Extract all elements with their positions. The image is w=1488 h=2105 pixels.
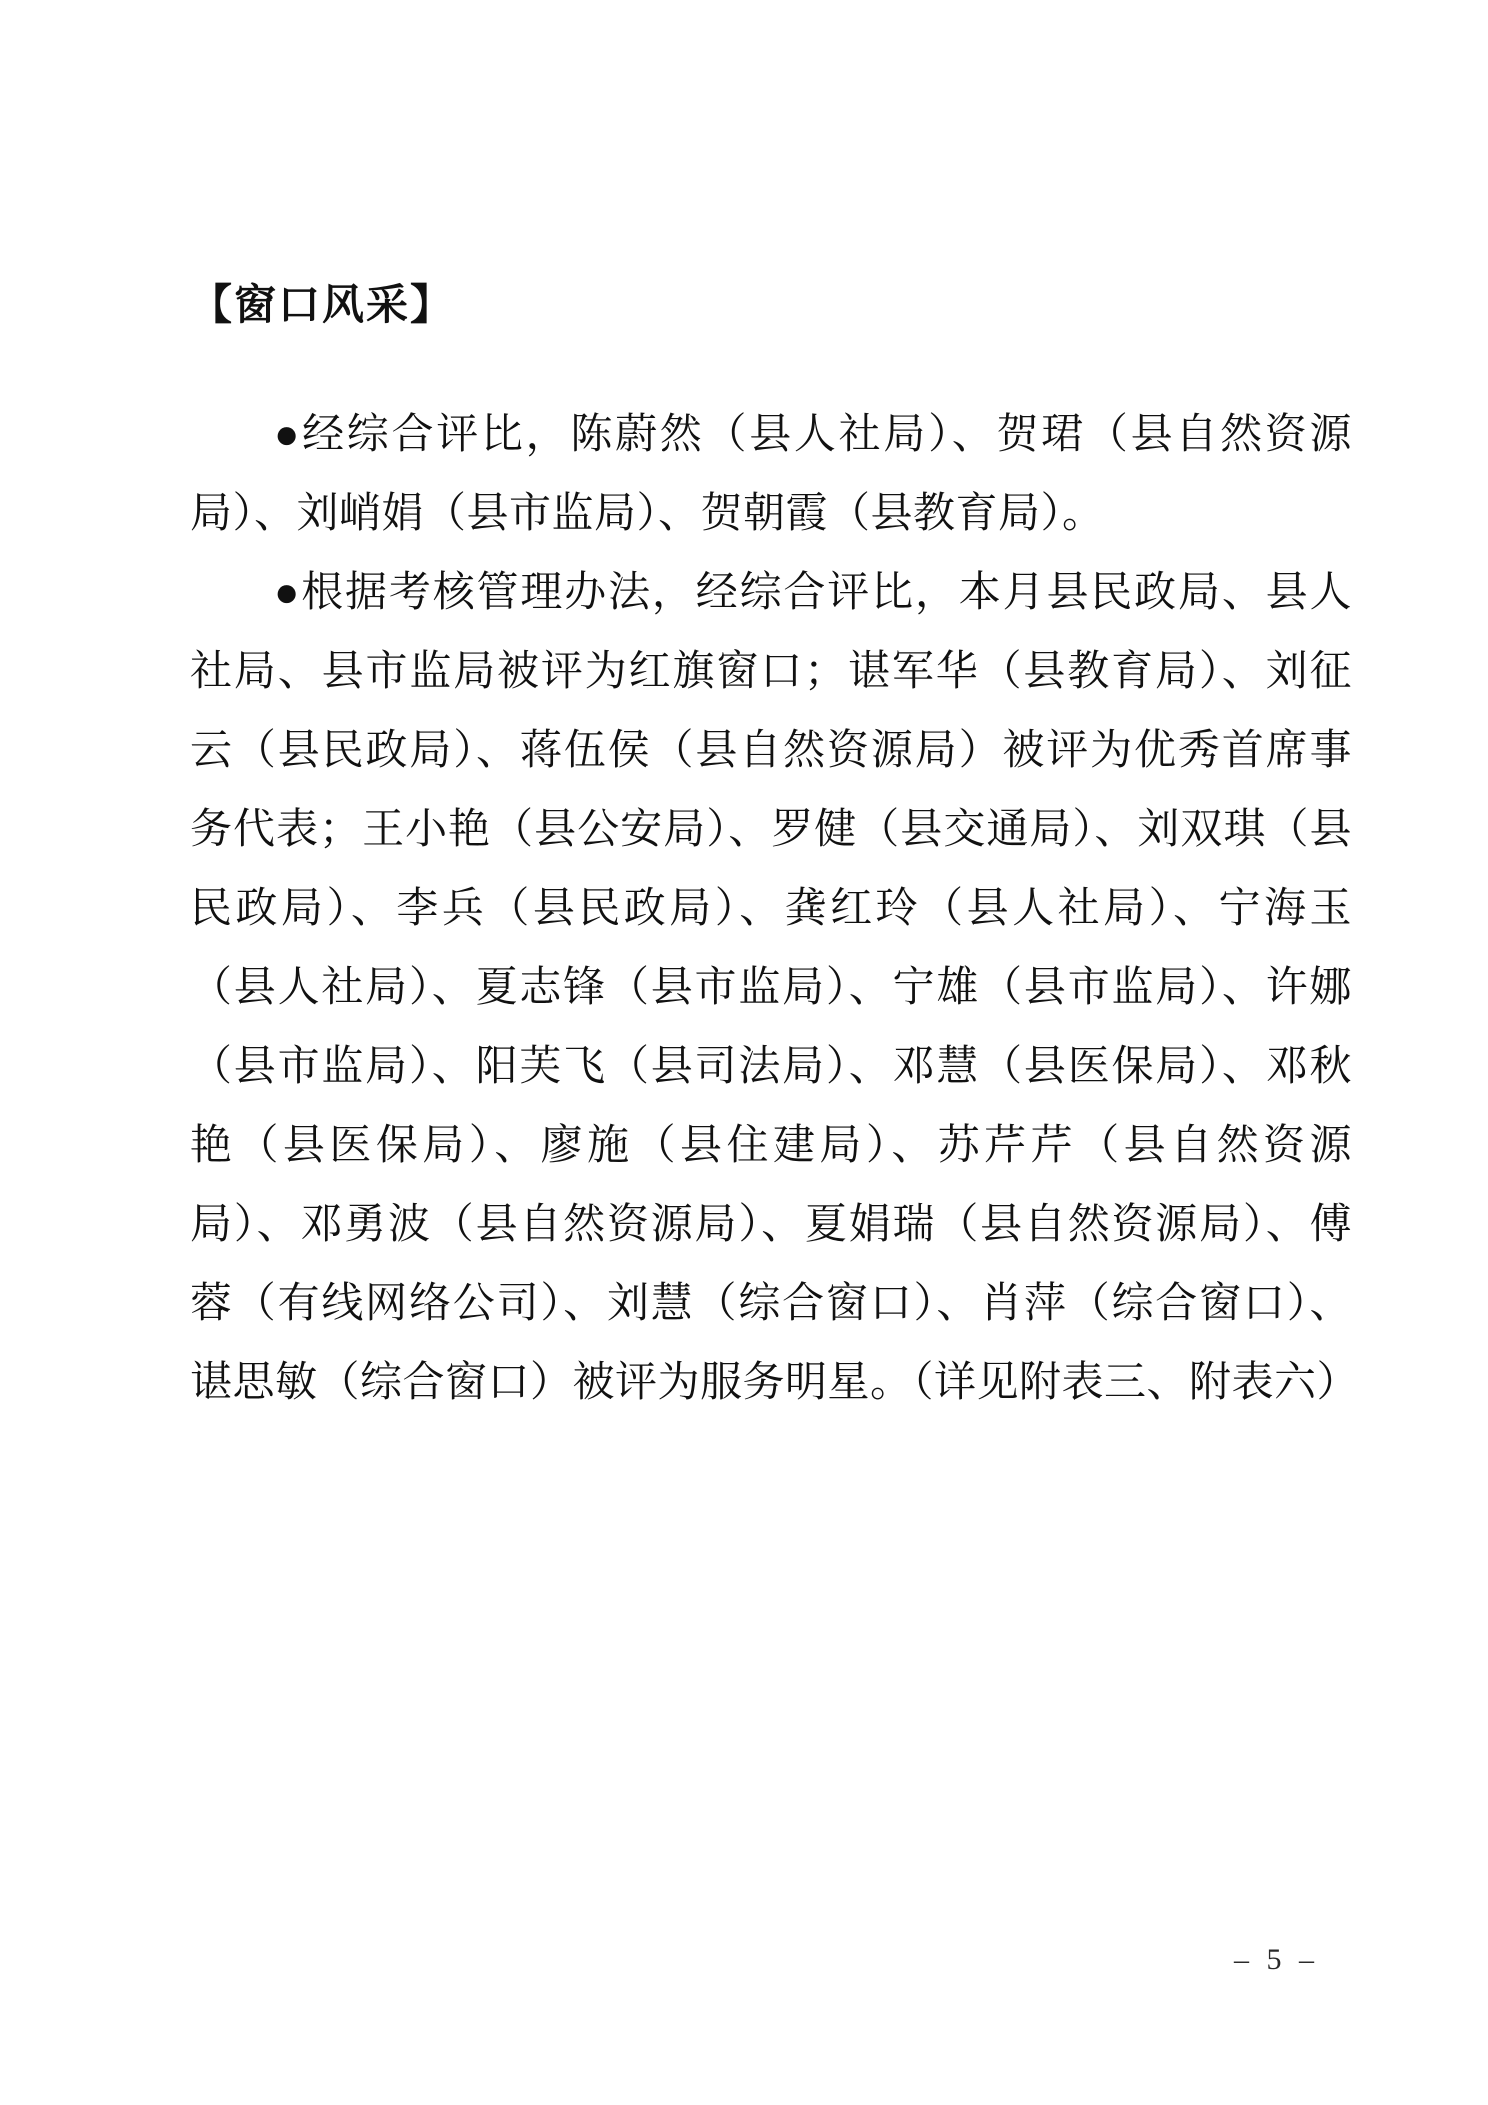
paragraph-window-awards-1: ●经综合评比，陈蔚然（县人社局）、贺珺（县自然资源局）、刘峭娟（县市监局）、贺朝… bbox=[190, 396, 1352, 554]
section-heading: 【窗口风采】 bbox=[190, 278, 1352, 332]
page-number: – 5 – bbox=[1234, 1942, 1319, 1978]
paragraph-window-awards-2: ●根据考核管理办法，经综合评比，本月县民政局、县人社局、县市监局被评为红旗窗口；… bbox=[190, 554, 1352, 1423]
document-page: 【窗口风采】 ●经综合评比，陈蔚然（县人社局）、贺珺（县自然资源局）、刘峭娟（县… bbox=[190, 278, 1352, 1423]
